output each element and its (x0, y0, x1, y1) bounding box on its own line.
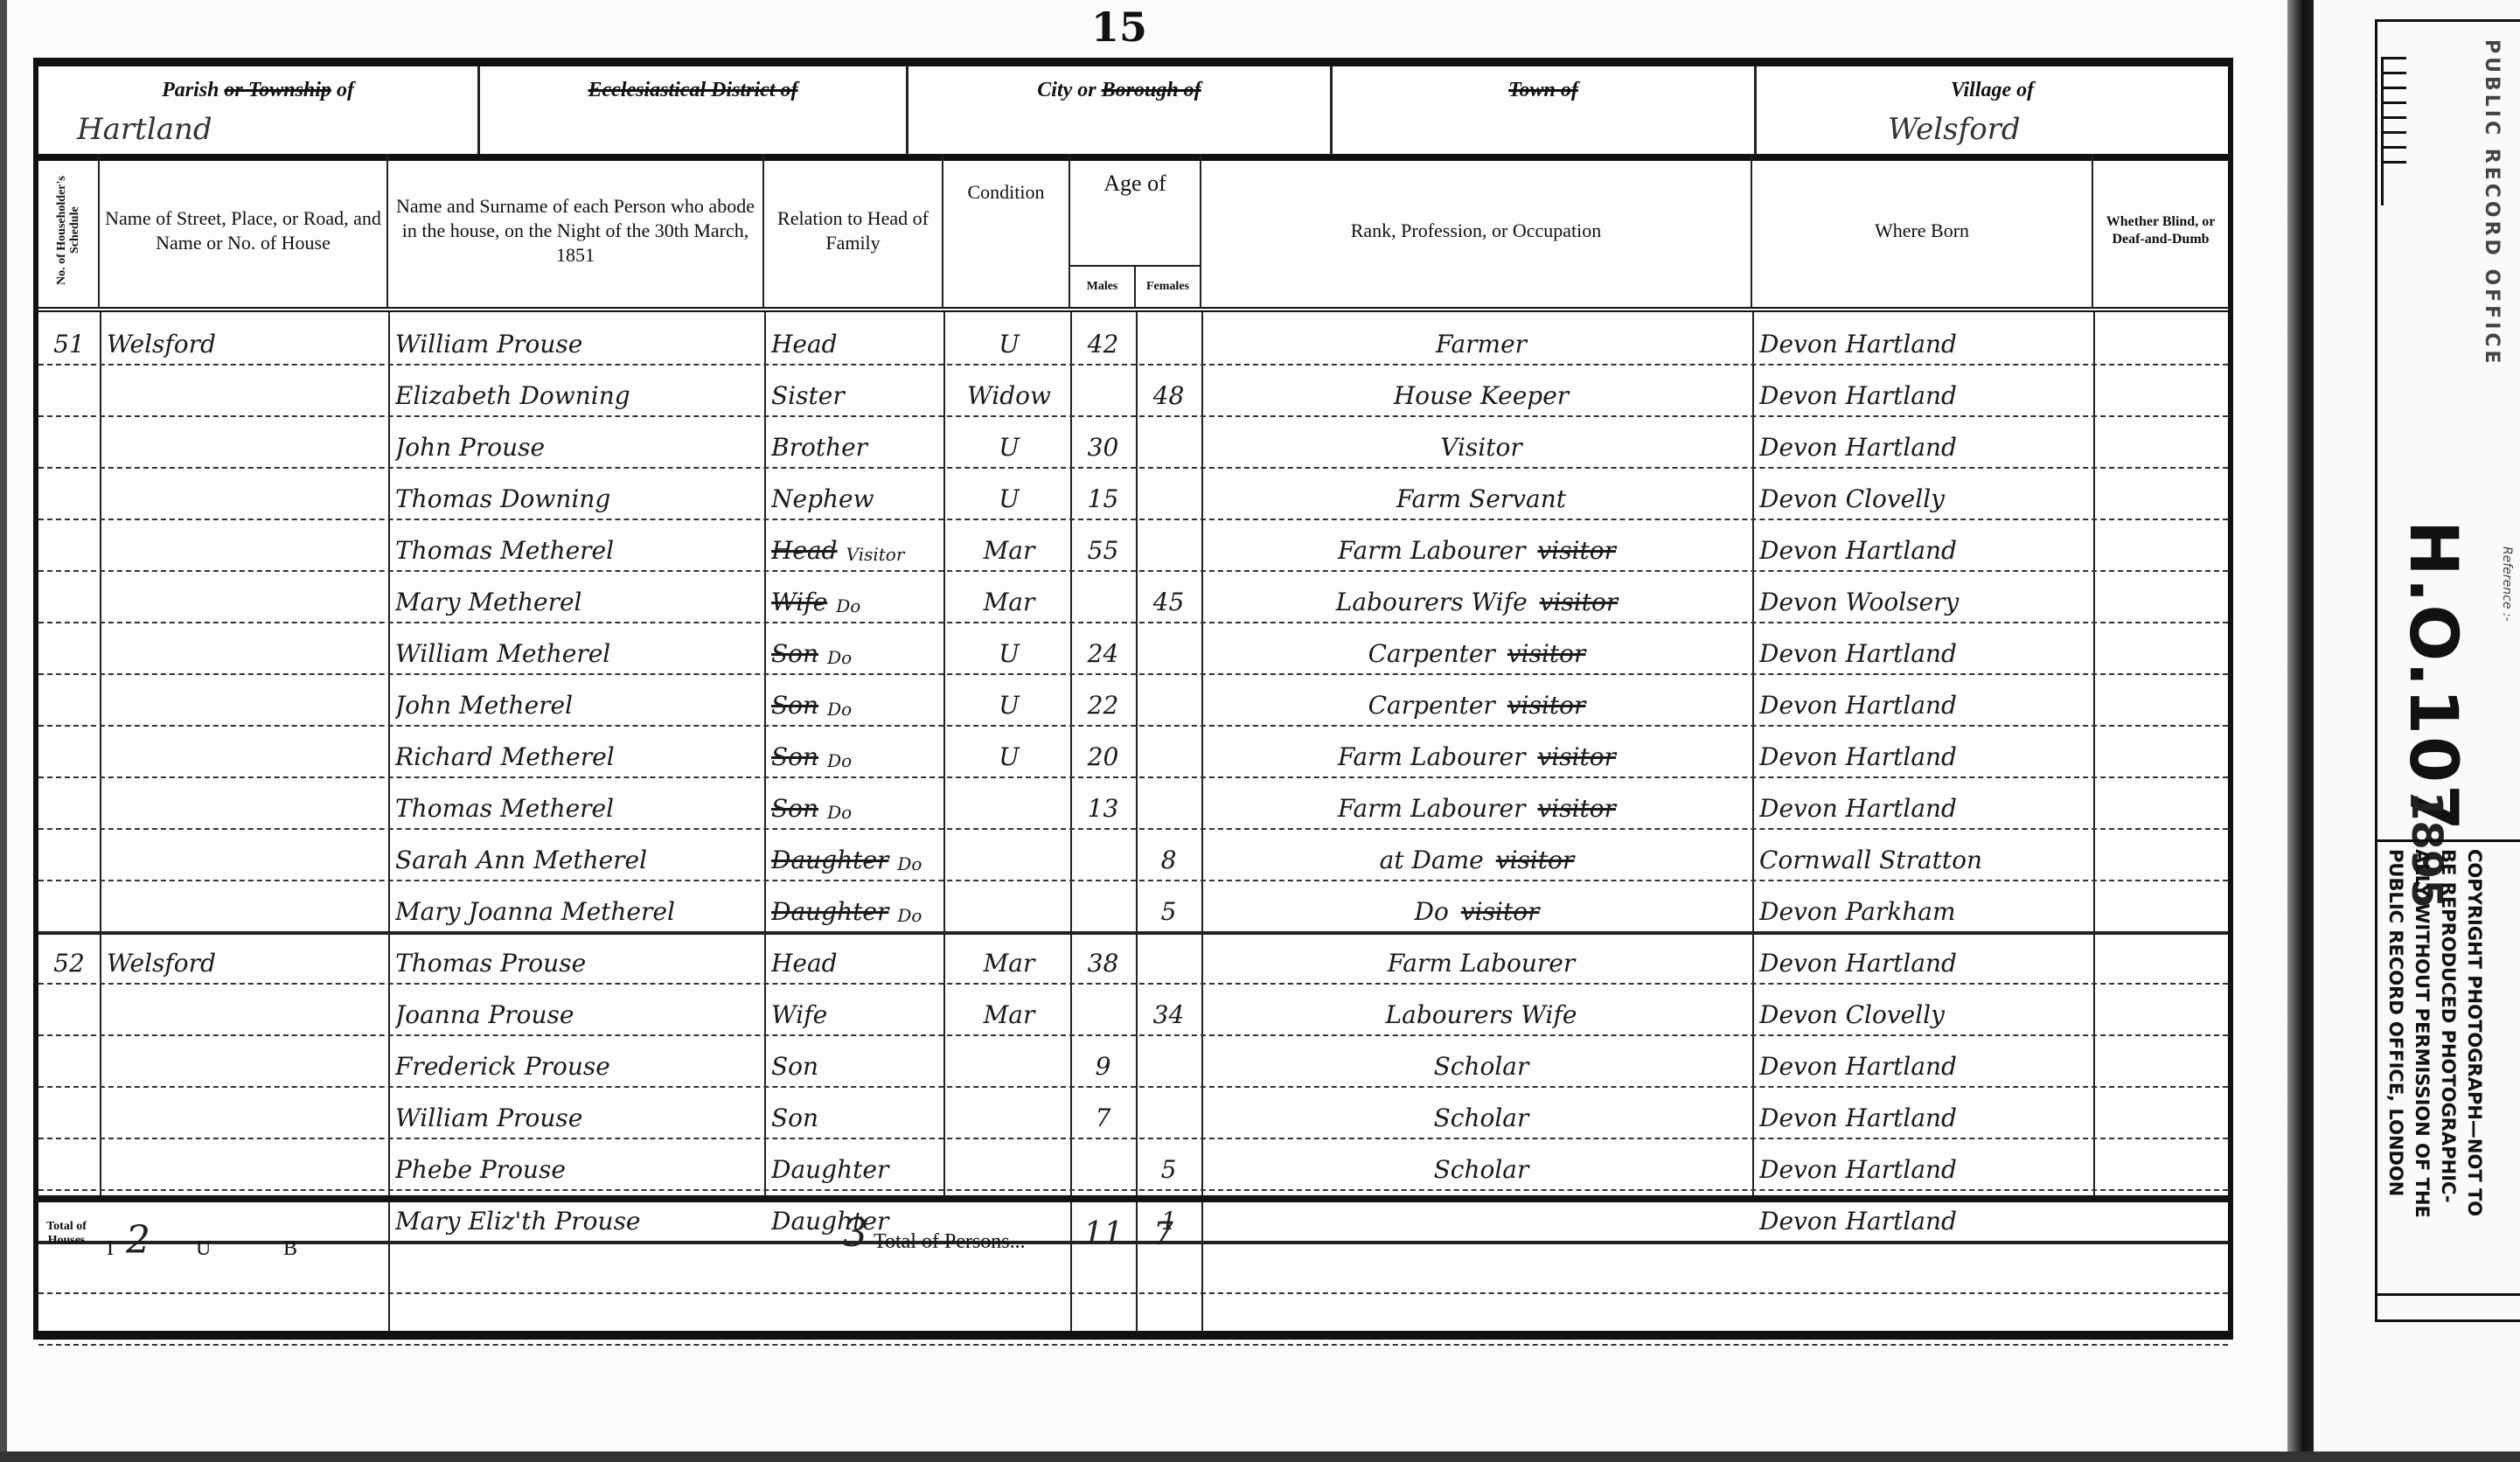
total-houses-label: Total of Houses (40, 1220, 93, 1248)
blind-deaf-cell (2095, 880, 2235, 931)
occupation-cell: Labourers Wifevisitor (1210, 570, 1752, 622)
male-age-cell: 22 (1070, 673, 1136, 725)
where-born-cell: Devon Hartland (1759, 1138, 2092, 1189)
relation-cell: Wife (771, 983, 942, 1034)
where-born-cell: Devon Hartland (1759, 931, 2092, 983)
occupation-cell: House Keeper (1210, 364, 1752, 415)
where-born-cell: Devon Hartland (1759, 1034, 2092, 1086)
table-row: John MetherelSonDoU22CarpentervisitorDev… (38, 673, 2228, 727)
reference-number: H.O.107 (2395, 520, 2473, 832)
blind-deaf-cell (2095, 415, 2235, 467)
schedule-cell (38, 880, 100, 931)
census-sheet: 15 Parish or Township of Hartland Eccles… (7, 0, 2287, 1452)
male-age-cell (1070, 880, 1136, 931)
where-born-cell: Devon Hartland (1759, 673, 2092, 725)
condition-cell: U (948, 725, 1070, 776)
blind-deaf-cell (2095, 364, 2235, 415)
relation-cell: SonDo (771, 673, 942, 725)
building-label: B (283, 1237, 297, 1261)
relation-cell: SonDo (771, 776, 942, 828)
relation-cell: Nephew (771, 467, 942, 519)
table-row: Thomas DowningNephewU15Farm ServantDevon… (38, 467, 2228, 520)
street-cell (107, 570, 386, 622)
schedule-cell: 52 (38, 931, 100, 983)
street-cell (107, 1138, 386, 1189)
person-name-cell: Mary Metherel (395, 570, 762, 622)
female-age-cell (1136, 725, 1201, 776)
header-schedule-no: No. of Householder's Schedule (38, 154, 100, 307)
schedule-cell (38, 519, 100, 570)
female-age-cell (1136, 467, 1201, 519)
schedules-count: 3 (843, 1211, 867, 1256)
male-age-cell (1070, 364, 1136, 415)
table-row: Richard MetherelSonDoU20Farm Labourervis… (38, 725, 2228, 778)
occupation-cell: Farmer (1210, 312, 1752, 364)
relation-cell: Daughter (771, 1138, 942, 1189)
condition-cell (948, 776, 1070, 828)
table-row: John ProuseBrotherU30VisitorDevon Hartla… (38, 415, 2228, 469)
person-name-cell: John Prouse (395, 415, 762, 467)
total-males: 11 (1083, 1216, 1124, 1252)
schedule-cell: 51 (38, 312, 100, 364)
male-age-cell: 30 (1070, 415, 1136, 467)
table-row: 51WelsfordWilliam ProuseHeadU42FarmerDev… (38, 312, 2228, 365)
table-row: William MetherelSonDoU24Carpentervisitor… (38, 622, 2228, 675)
condition-cell (948, 1034, 1070, 1086)
header-relation: Relation to Head of Family (764, 154, 943, 307)
condition-cell: Mar (948, 519, 1070, 570)
condition-cell: U (948, 467, 1070, 519)
street-cell (107, 983, 386, 1034)
relation-cell: Brother (771, 415, 942, 467)
street-cell (107, 725, 386, 776)
street-cell (107, 776, 386, 828)
blind-deaf-cell (2095, 1034, 2235, 1086)
occupation-cell: Carpentervisitor (1210, 673, 1752, 725)
person-name-cell: William Metherel (395, 622, 762, 673)
male-age-cell (1070, 983, 1136, 1034)
schedule-cell (38, 415, 100, 467)
occupation-cell: Labourers Wife (1210, 983, 1752, 1034)
schedule-cell (38, 828, 100, 880)
female-age-cell: 34 (1136, 983, 1201, 1034)
where-born-cell: Devon Hartland (1759, 415, 2092, 467)
female-age-cell (1136, 622, 1201, 673)
street-cell (107, 1086, 386, 1138)
schedule-cell (38, 622, 100, 673)
where-born-cell: Devon Hartland (1759, 776, 2092, 828)
location-header: Parish or Township of Hartland Ecclesias… (38, 66, 2228, 161)
blind-deaf-cell (2095, 725, 2235, 776)
relation-cell: WifeDo (771, 570, 942, 622)
female-age-cell (1136, 312, 1201, 364)
relation-cell: Sister (771, 364, 942, 415)
total-persons-label: Total of Persons... (874, 1230, 1026, 1254)
header-condition: Condition (943, 154, 1070, 307)
inhabited-count: 2 (126, 1218, 150, 1263)
blind-deaf-cell (2095, 570, 2235, 622)
occupation-cell: Visitor (1210, 415, 1752, 467)
relation-cell: HeadVisitor (771, 519, 942, 570)
female-age-cell (1136, 776, 1201, 828)
person-name-cell: Thomas Prouse (395, 931, 762, 983)
occupation-cell: at Damevisitor (1210, 828, 1752, 880)
street-cell (107, 467, 386, 519)
table-row: Phebe ProuseDaughter5ScholarDevon Hartla… (38, 1138, 2228, 1191)
female-age-cell (1136, 415, 1201, 467)
male-age-cell: 24 (1070, 622, 1136, 673)
archive-reference-strip: PUBLIC RECORD OFFICE Reference :- H.O.10… (2314, 0, 2520, 1452)
street-cell (107, 519, 386, 570)
male-age-cell: 38 (1070, 931, 1136, 983)
street-cell (107, 673, 386, 725)
person-name-cell: John Metherel (395, 673, 762, 725)
where-born-cell: Devon Hartland (1759, 725, 2092, 776)
street-cell (107, 828, 386, 880)
where-born-cell: Devon Hartland (1759, 312, 2092, 364)
occupation-cell: Farm Servant (1210, 467, 1752, 519)
where-born-cell: Devon Hartland (1759, 364, 2092, 415)
table-row: Thomas MetherelSonDo13Farm Labourervisit… (38, 776, 2228, 830)
street-cell: Welsford (107, 312, 386, 364)
blind-deaf-cell (2095, 519, 2235, 570)
table-row: William ProuseSon7ScholarDevon Hartland (38, 1086, 2228, 1139)
pro-title: PUBLIC RECORD OFFICE (2481, 39, 2503, 367)
person-name-cell: Phebe Prouse (395, 1138, 762, 1189)
blind-deaf-cell (2095, 622, 2235, 673)
blind-deaf-cell (2095, 467, 2235, 519)
condition-cell: U (948, 312, 1070, 364)
female-age-cell (1136, 1034, 1201, 1086)
totals-row: Total of Houses I 2 U B 3 Total of Perso… (38, 1195, 2228, 1331)
table-row: Thomas MetherelHeadVisitorMar55Farm Labo… (38, 519, 2228, 572)
census-entries: 51WelsfordWilliam ProuseHeadU42FarmerDev… (38, 312, 2228, 1195)
male-age-cell (1070, 570, 1136, 622)
street-cell (107, 415, 386, 467)
scale-ticks (2381, 57, 2410, 205)
occupation-cell: Farm Labourervisitor (1210, 725, 1752, 776)
person-name-cell: Mary Joanna Metherel (395, 880, 762, 931)
table-row: 52WelsfordThomas ProuseHeadMar38Farm Lab… (38, 931, 2228, 985)
female-age-cell: 8 (1136, 828, 1201, 880)
female-age-cell (1136, 519, 1201, 570)
town-field: Town of (1333, 66, 1757, 154)
header-name: Name and Surname of each Person who abod… (388, 154, 764, 307)
where-born-cell: Devon Clovelly (1759, 983, 2092, 1034)
where-born-cell: Devon Parkham (1759, 880, 2092, 931)
street-cell: Welsford (107, 931, 386, 983)
header-street: Name of Street, Place, or Road, and Name… (100, 154, 388, 307)
condition-cell: Mar (948, 570, 1070, 622)
where-born-cell: Devon Clovelly (1759, 467, 2092, 519)
male-age-cell: 20 (1070, 725, 1136, 776)
table-row: Joanna ProuseWifeMar34Labourers WifeDevo… (38, 983, 2228, 1036)
where-born-cell: Devon Hartland (1759, 622, 2092, 673)
relation-cell: Head (771, 312, 942, 364)
male-age-cell: 42 (1070, 312, 1136, 364)
where-born-cell: Devon Hartland (1759, 519, 2092, 570)
occupation-cell: Carpentervisitor (1210, 622, 1752, 673)
relation-cell: DaughterDo (771, 828, 942, 880)
occupation-cell: Dovisitor (1210, 880, 1752, 931)
male-age-cell: 15 (1070, 467, 1136, 519)
relation-cell: Head (771, 931, 942, 983)
schedule-cell (38, 570, 100, 622)
street-cell (107, 1034, 386, 1086)
condition-cell: U (948, 415, 1070, 467)
condition-cell (948, 1138, 1070, 1189)
schedule-cell (38, 983, 100, 1034)
male-age-cell: 9 (1070, 1034, 1136, 1086)
relation-cell: Son (771, 1086, 942, 1138)
person-name-cell: Thomas Metherel (395, 519, 762, 570)
female-age-cell: 48 (1136, 364, 1201, 415)
schedule-cell (38, 1086, 100, 1138)
parish-field: Parish or Township of Hartland (38, 66, 480, 154)
table-row: Frederick ProuseSon9ScholarDevon Hartlan… (38, 1034, 2228, 1088)
schedule-cell (38, 364, 100, 415)
table-row: Elizabeth DowningSisterWidow48House Keep… (38, 364, 2228, 417)
uninhabited-label: U (196, 1237, 211, 1261)
reference-label: Reference :- (2500, 547, 2514, 622)
blind-deaf-cell (2095, 776, 2235, 828)
condition-cell: U (948, 673, 1070, 725)
header-where-born: Where Born (1752, 154, 2093, 307)
occupation-cell: Farm Labourervisitor (1210, 776, 1752, 828)
village-value: Welsford (1888, 112, 2021, 147)
blind-deaf-cell (2095, 931, 2235, 983)
male-age-cell: 55 (1070, 519, 1136, 570)
person-name-cell: Elizabeth Downing (395, 364, 762, 415)
village-field: Village of Welsford (1757, 66, 2228, 154)
condition-cell: U (948, 622, 1070, 673)
person-name-cell: Thomas Downing (395, 467, 762, 519)
scan-bottom-edge (0, 1452, 2520, 1462)
where-born-cell: Devon Hartland (1759, 1086, 2092, 1138)
inhabited-label: I (107, 1237, 114, 1261)
page-number: 15 (1091, 3, 1147, 51)
female-age-cell (1136, 931, 1201, 983)
person-name-cell: Thomas Metherel (395, 776, 762, 828)
male-age-cell (1070, 828, 1136, 880)
street-cell (107, 622, 386, 673)
total-females: 7 (1153, 1216, 1173, 1252)
female-age-cell: 5 (1136, 1138, 1201, 1189)
female-age-cell (1136, 1086, 1201, 1138)
blind-deaf-cell (2095, 828, 2235, 880)
blind-deaf-cell (2095, 673, 2235, 725)
schedule-cell (38, 1034, 100, 1086)
where-born-cell: Devon Woolsery (1759, 570, 2092, 622)
header-females: Females (1136, 265, 1201, 307)
occupation-cell: Scholar (1210, 1086, 1752, 1138)
parish-value: Hartland (77, 112, 212, 147)
male-age-cell: 13 (1070, 776, 1136, 828)
person-name-cell: Sarah Ann Metherel (395, 828, 762, 880)
blind-deaf-cell (2095, 1138, 2235, 1189)
header-blind-deaf: Whether Blind, or Deaf-and-Dumb (2093, 154, 2228, 307)
copyright-notice: COPYRIGHT PHOTOGRAPH—NOT TO BE REPRODUCE… (2375, 839, 2520, 1322)
ecclesiastical-district-field: Ecclesiastical District of (480, 66, 908, 154)
schedule-cell (38, 467, 100, 519)
where-born-cell: Cornwall Stratton (1759, 828, 2092, 880)
female-age-cell: 5 (1136, 880, 1201, 931)
female-age-cell (1136, 673, 1201, 725)
city-borough-field: City or Borough of (908, 66, 1333, 154)
condition-cell (948, 828, 1070, 880)
person-name-cell: William Prouse (395, 1086, 762, 1138)
person-name-cell: Richard Metherel (395, 725, 762, 776)
blind-deaf-cell (2095, 983, 2235, 1034)
person-name-cell: Joanna Prouse (395, 983, 762, 1034)
street-cell (107, 880, 386, 931)
column-headers: No. of Householder's Schedule Name of St… (38, 154, 2228, 312)
occupation-cell: Farm Labourervisitor (1210, 519, 1752, 570)
person-name-cell: William Prouse (395, 312, 762, 364)
blind-deaf-cell (2095, 1086, 2235, 1138)
condition-cell (948, 1086, 1070, 1138)
schedule-cell (38, 1138, 100, 1189)
schedule-cell (38, 776, 100, 828)
schedule-cell (38, 725, 100, 776)
header-males: Males (1070, 265, 1136, 307)
occupation-cell: Scholar (1210, 1034, 1752, 1086)
condition-cell: Mar (948, 983, 1070, 1034)
condition-cell: Mar (948, 931, 1070, 983)
occupation-cell: Farm Labourer (1210, 931, 1752, 983)
schedule-cell (38, 673, 100, 725)
table-row: Mary MetherelWifeDoMar45Labourers Wifevi… (38, 570, 2228, 623)
relation-cell: DaughterDo (771, 880, 942, 931)
census-form: Parish or Township of Hartland Ecclesias… (33, 58, 2233, 1340)
female-age-cell: 45 (1136, 570, 1201, 622)
occupation-cell: Scholar (1210, 1138, 1752, 1189)
condition-cell: Widow (948, 364, 1070, 415)
male-age-cell: 7 (1070, 1086, 1136, 1138)
male-age-cell (1070, 1138, 1136, 1189)
relation-cell: SonDo (771, 725, 942, 776)
relation-cell: Son (771, 1034, 942, 1086)
table-row: Mary Joanna MetherelDaughterDo5Dovisitor… (38, 880, 2228, 935)
blind-deaf-cell (2095, 312, 2235, 364)
street-cell (107, 364, 386, 415)
relation-cell: SonDo (771, 622, 942, 673)
person-name-cell: Frederick Prouse (395, 1034, 762, 1086)
header-occupation: Rank, Profession, or Occupation (1201, 154, 1752, 307)
condition-cell (948, 880, 1070, 931)
page-edge-shadow (2287, 0, 2314, 1462)
table-row: Sarah Ann MetherelDaughterDo8at Damevisi… (38, 828, 2228, 881)
